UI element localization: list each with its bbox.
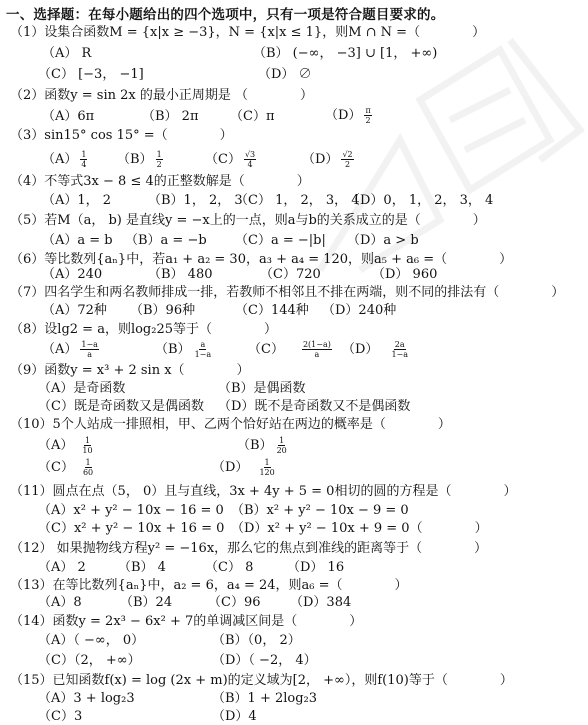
numerator: √3 xyxy=(244,150,256,160)
denominator: 4 xyxy=(247,160,254,169)
q7-option-a[interactable]: （A）72种 xyxy=(42,303,107,319)
fraction: 2(1−a)a xyxy=(302,340,332,359)
q15-option-a[interactable]: （A）3 + log₂3 xyxy=(38,691,135,707)
q1-option-b[interactable]: （B） (−∞， −3] ∪ [1， +∞) xyxy=(253,46,437,62)
fraction: 12 xyxy=(156,150,163,169)
numerator: 1 xyxy=(264,458,271,468)
question-number: （3） xyxy=(10,128,44,143)
q2-option-b[interactable]: （B） 2π xyxy=(142,109,199,125)
q9-option-b[interactable]: （B）是偶函数 xyxy=(218,381,306,397)
q9-option-a[interactable]: （A）是奇函数 xyxy=(38,381,125,397)
denominator: 2 xyxy=(156,160,163,169)
question-text: 等比数列{aₙ}中，若a₁ + a₂ = 30，a₃ + a₄ = 120，则a… xyxy=(44,252,512,267)
question-number: （5） xyxy=(10,213,44,228)
question-text: 四名学生和两名教师排成一排，若教师不相邻且不排在两端，则不同的排法有（ ） xyxy=(44,285,564,300)
question-12-stem: （12） 如果抛物线方程y² = −16x，那么它的焦点到准线的距离等于（ ） xyxy=(10,541,487,557)
fraction: √22 xyxy=(341,150,353,169)
numerator: 1 xyxy=(85,458,92,468)
question-text: 函数y = x³ + 2 sin x（ ） xyxy=(44,363,249,378)
question-text: 设集合函数M = {x|x ≥ −3}，N = {x|x ≤ 1}，则M ∩ N… xyxy=(44,25,485,40)
option-label: （C） xyxy=(248,342,284,357)
question-13-stem: （13）在等比数列{aₙ}中，a₂ = 6，a₄ = 24，则a₆ =（ ） xyxy=(10,578,408,594)
q5-option-d[interactable]: （D）a > b xyxy=(347,233,419,249)
question-number: （7） xyxy=(10,285,44,300)
q2-option-a[interactable]: （A）6π xyxy=(42,109,94,125)
option-label: （A） xyxy=(38,438,73,453)
q13-option-c[interactable]: （C）96 xyxy=(208,595,261,611)
q11-option-a[interactable]: （A）x² + y² − 10x − 16 = 0 xyxy=(38,503,224,519)
q5-option-b[interactable]: （B）a = −b xyxy=(125,233,207,249)
question-text: 函数y = 2x³ − 6x² + 7的单调减区间是（ ） xyxy=(53,614,363,629)
question-10-stem: （10）5个人站成一排照相，甲、乙两个恰好站在两边的概率是（ ） xyxy=(10,417,451,433)
q6-option-a[interactable]: （A）240 xyxy=(42,267,102,283)
fraction: 120 xyxy=(276,436,288,455)
question-9-stem: （9）函数y = x³ + 2 sin x（ ） xyxy=(10,363,250,379)
question-number: （9） xyxy=(10,363,44,378)
question-number: （12） xyxy=(10,541,53,556)
q3-option-c[interactable]: （C）√34 xyxy=(205,150,256,169)
q1-option-d[interactable]: （D） ∅ xyxy=(258,67,312,83)
numerator: 2(1−a) xyxy=(302,340,332,350)
q13-option-d[interactable]: （D）384 xyxy=(290,595,351,611)
q4-option-c[interactable]: （C） 1， 2， 3， 4 xyxy=(235,193,360,209)
q3-option-b[interactable]: （B）12 xyxy=(117,150,163,169)
q2-option-c[interactable]: （C）π xyxy=(230,109,275,125)
numerator: 1−a xyxy=(80,340,99,350)
question-6-stem: （6）等比数列{aₙ}中，若a₁ + a₂ = 30，a₃ + a₄ = 120… xyxy=(10,252,512,268)
question-15-stem: （15）已知函数f(x) = log (2x + m)的定义域为[2， +∞），… xyxy=(10,673,513,689)
denominator: 4 xyxy=(80,160,87,169)
q13-option-a[interactable]: （A）8 xyxy=(38,595,82,611)
option-label: （D） xyxy=(302,152,338,167)
q3-option-a[interactable]: （A）14 xyxy=(42,150,87,169)
denominator: 120 xyxy=(258,468,275,477)
fraction: 2a1−a xyxy=(390,340,409,359)
option-label: （C） xyxy=(205,152,241,167)
question-7-stem: （7）四名学生和两名教师排成一排，若教师不相邻且不排在两端，则不同的排法有（ ） xyxy=(10,285,564,301)
question-text: 圆点在点（5， 0）且与直线，3x + 4y + 5 = 0相切的圆的方程是（ … xyxy=(53,484,517,499)
q10-option-a[interactable]: （A）110 xyxy=(38,436,94,455)
question-number: （10） xyxy=(10,417,53,432)
question-number: （15） xyxy=(10,673,53,688)
question-1-stem: （1）设集合函数M = {x|x ≥ −3}，N = {x|x ≤ 1}，则M … xyxy=(10,25,485,41)
question-text: 已知函数f(x) = log (2x + m)的定义域为[2， +∞），则f(1… xyxy=(53,673,513,688)
option-label: （A） xyxy=(42,152,77,167)
q6-option-b[interactable]: （B） 480 xyxy=(148,267,213,283)
q7-option-c[interactable]: （C）144种 xyxy=(235,303,309,319)
q6-option-c[interactable]: （C）720 xyxy=(260,267,321,283)
q6-option-d[interactable]: （D） 960 xyxy=(372,267,437,283)
denominator: a xyxy=(86,350,93,359)
option-label: （D） xyxy=(212,460,248,475)
fraction: 110 xyxy=(81,436,93,455)
q5-option-c[interactable]: （C）a = −|b| xyxy=(235,233,326,249)
question-5-stem: （5）若M（a， b) 是直线y = −x上的一点，则a与b的关系成立的是（ ） xyxy=(10,213,486,229)
question-number: （8） xyxy=(10,322,44,337)
fraction: 1120 xyxy=(258,458,275,477)
question-text: sin15° cos 15° =（ ） xyxy=(44,128,232,143)
q14-option-c[interactable]: （C）（2， +∞） xyxy=(38,653,141,669)
question-number: （13） xyxy=(10,578,53,593)
question-number: （1） xyxy=(10,25,44,40)
denominator: a xyxy=(314,350,321,359)
q15-option-b[interactable]: （B）1 + 2log₂3 xyxy=(212,691,317,707)
question-text: 设lg2 = a，则log₂25等于（ ） xyxy=(44,322,277,337)
q8-option-b[interactable]: （B）a1−a xyxy=(155,340,212,359)
q11-option-d[interactable]: （D）x² + y² − 10x + 9 = 0（ ） xyxy=(231,521,488,537)
q10-option-c[interactable]: （C）160 xyxy=(38,458,94,477)
option-label: （B） xyxy=(237,438,273,453)
q12-option-c[interactable]: （C） 8 xyxy=(205,560,253,576)
option-label: （B） xyxy=(117,152,153,167)
q11-option-b[interactable]: （B）x² + y² − 10x − 9 = 0 xyxy=(231,503,409,519)
q1-option-a[interactable]: （A） R xyxy=(42,46,91,62)
q11-option-c[interactable]: （C）x² + y² − 10x + 16 = 0 xyxy=(38,521,224,537)
q1-option-c[interactable]: （C） [−3， −1] xyxy=(38,67,144,83)
q5-option-a[interactable]: （A）a = b xyxy=(42,233,113,249)
q8-option-a[interactable]: （A）1−aa xyxy=(42,340,99,359)
numerator: 1 xyxy=(80,150,87,160)
denominator: 1−a xyxy=(194,350,213,359)
question-number: （4） xyxy=(10,174,44,189)
question-4-stem: （4）不等式3x − 8 ≤ 4的正整数解是（ ） xyxy=(10,174,310,190)
option-label: （D） xyxy=(342,342,378,357)
q13-option-b[interactable]: （B）24 xyxy=(120,595,172,611)
q3-option-d[interactable]: （D）√22 xyxy=(302,150,354,169)
question-14-stem: （14）函数y = 2x³ − 6x² + 7的单调减区间是（ ） xyxy=(10,614,362,630)
denominator: 20 xyxy=(276,446,288,455)
numerator: π xyxy=(364,106,371,116)
fraction: 160 xyxy=(82,458,94,477)
option-label: （C） xyxy=(38,460,74,475)
question-text: 5个人站成一排照相，甲、乙两个恰好站在两边的概率是（ ） xyxy=(53,417,451,432)
numerator: a xyxy=(199,340,206,350)
q2-option-d[interactable]: （D）π2 xyxy=(325,106,372,125)
question-3-stem: （3）sin15° cos 15° =（ ） xyxy=(10,128,233,144)
question-text: 如果抛物线方程y² = −16x，那么它的焦点到准线的距离等于（ ） xyxy=(53,541,488,556)
question-text: 不等式3x − 8 ≤ 4的正整数解是（ ） xyxy=(44,174,309,189)
question-2-stem: （2）函数y = sin 2x 的最小正周期是 （ ） xyxy=(10,88,313,104)
fraction: a1−a xyxy=(194,340,213,359)
option-label: （B） xyxy=(155,342,191,357)
q14-option-a[interactable]: （A）（ −∞， 0） xyxy=(38,633,144,649)
q4-option-d[interactable]: （D）0， 1， 2， 3， 4 xyxy=(347,193,493,209)
q7-option-d[interactable]: （D）240种 xyxy=(322,303,396,319)
fraction: √34 xyxy=(244,150,256,169)
q12-option-d[interactable]: （D） 16 xyxy=(287,560,344,576)
denominator: 60 xyxy=(82,468,94,477)
q14-option-d[interactable]: （D）（ −2， 4） xyxy=(212,653,317,669)
denominator: 10 xyxy=(81,446,93,455)
question-text: 函数y = sin 2x 的最小正周期是 （ ） xyxy=(44,88,313,103)
q7-option-b[interactable]: （B）96种 xyxy=(130,303,195,319)
denominator: 2 xyxy=(365,116,372,125)
numerator: √2 xyxy=(341,150,353,160)
numerator: 1 xyxy=(278,436,285,446)
numerator: 1 xyxy=(156,150,163,160)
q4-option-a[interactable]: （A）1， 2 xyxy=(42,193,111,209)
question-8-stem: （8）设lg2 = a，则log₂25等于（ ） xyxy=(10,322,277,338)
q15-option-d[interactable]: （D）4 xyxy=(212,709,257,725)
q10-option-d[interactable]: （D）1120 xyxy=(212,458,276,477)
q14-option-b[interactable]: （B）（0， 2） xyxy=(212,633,301,649)
q8-option-d[interactable]: （D）2a1−a xyxy=(342,340,409,359)
question-text: 在等比数列{aₙ}中，a₂ = 6，a₄ = 24，则a₆ =（ ） xyxy=(53,578,408,593)
question-number: （2） xyxy=(10,88,44,103)
q10-option-b[interactable]: （B）120 xyxy=(237,436,288,455)
q12-option-a[interactable]: （A） 2 xyxy=(38,560,86,576)
denominator: 2 xyxy=(344,160,351,169)
fraction: 14 xyxy=(80,150,87,169)
fraction: 1−aa xyxy=(80,340,99,359)
q9-option-d[interactable]: （D）既不是奇函数又不是偶函数 xyxy=(218,399,410,415)
q8-option-c[interactable]: （C）2(1−a)a xyxy=(248,340,332,359)
q4-option-b[interactable]: （B）1， 2， 3 xyxy=(148,193,243,209)
denominator: 1−a xyxy=(390,350,409,359)
question-number: （11） xyxy=(10,484,53,499)
section-heading: 一、选择题：在每小题给出的四个选项中，只有一项是符合题目要求的。 xyxy=(6,3,444,23)
fraction: π2 xyxy=(364,106,371,125)
numerator: 1 xyxy=(84,436,91,446)
q9-option-c[interactable]: （C）既是奇函数又是偶函数 xyxy=(38,399,204,415)
option-label: （A） xyxy=(42,342,77,357)
question-number: （6） xyxy=(10,252,44,267)
question-number: （14） xyxy=(10,614,53,629)
question-11-stem: （11）圆点在点（5， 0）且与直线，3x + 4y + 5 = 0相切的圆的方… xyxy=(10,484,516,500)
q12-option-b[interactable]: （B） 4 xyxy=(118,560,166,576)
question-text: 若M（a， b) 是直线y = −x上的一点，则a与b的关系成立的是（ ） xyxy=(44,213,486,228)
option-label: （D） xyxy=(325,108,361,123)
q15-option-c[interactable]: （C）3 xyxy=(38,709,82,725)
numerator: 2a xyxy=(394,340,406,350)
